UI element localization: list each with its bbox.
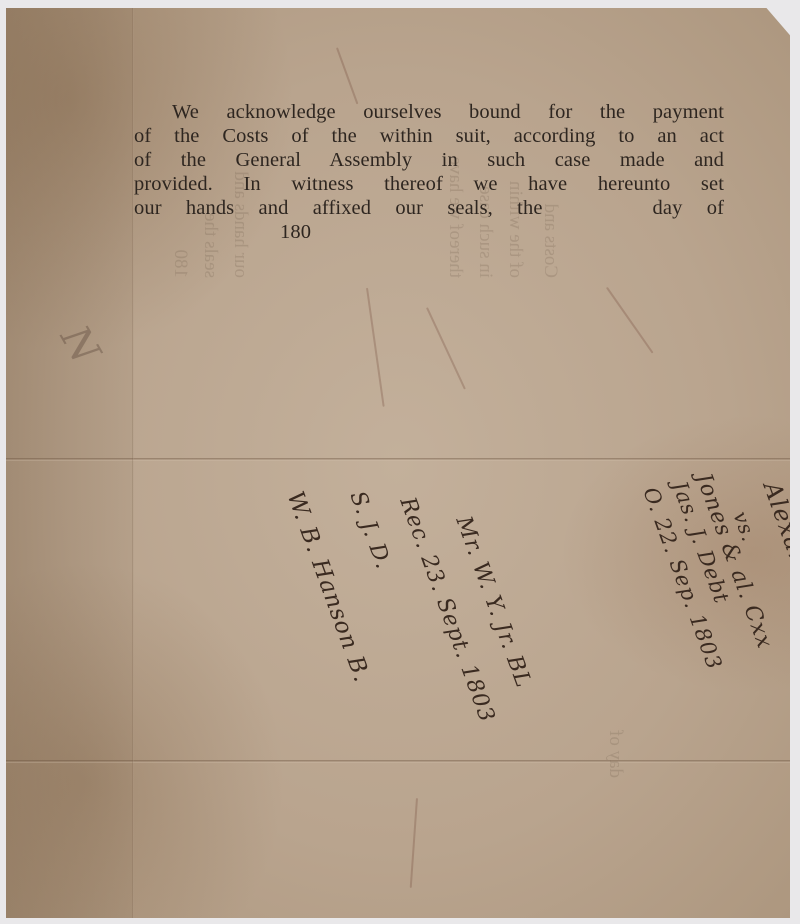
ink-stroke (366, 288, 385, 407)
printed-line-2: of the Costs of the within suit, accordi… (134, 124, 724, 148)
horizontal-fold-lower (6, 760, 790, 763)
printed-line-3: of the General Assembly in such case mad… (134, 148, 724, 172)
stained-left-margin (6, 8, 134, 918)
printed-line-4: provided. In witness thereof we have her… (134, 172, 724, 196)
ink-stroke (336, 47, 358, 104)
bleed-through-line: day of (604, 730, 626, 778)
ink-stroke (606, 287, 654, 354)
printed-line-5: our hands and affixed our seals, theday … (134, 196, 724, 220)
handwritten-initials: S. J. D. (345, 488, 396, 573)
ink-stroke (426, 307, 466, 389)
printed-bond-paragraph: We acknowledge ourselves bound for the p… (134, 100, 724, 244)
day-of-label: day of (653, 197, 724, 219)
printed-year-line: 180 (134, 220, 724, 244)
document-page: 180 seals the our hands and thereof we h… (6, 8, 790, 918)
ink-stroke (410, 798, 418, 888)
printed-line-1: We acknowledge ourselves bound for the p… (134, 100, 724, 124)
printed-line-5-text: our hands and affixed our seals, the (134, 197, 543, 219)
handwritten-plaintiff: Alexander (758, 478, 800, 612)
horizontal-fold-upper (6, 458, 790, 461)
bleed-through-line: 180 (169, 250, 191, 279)
